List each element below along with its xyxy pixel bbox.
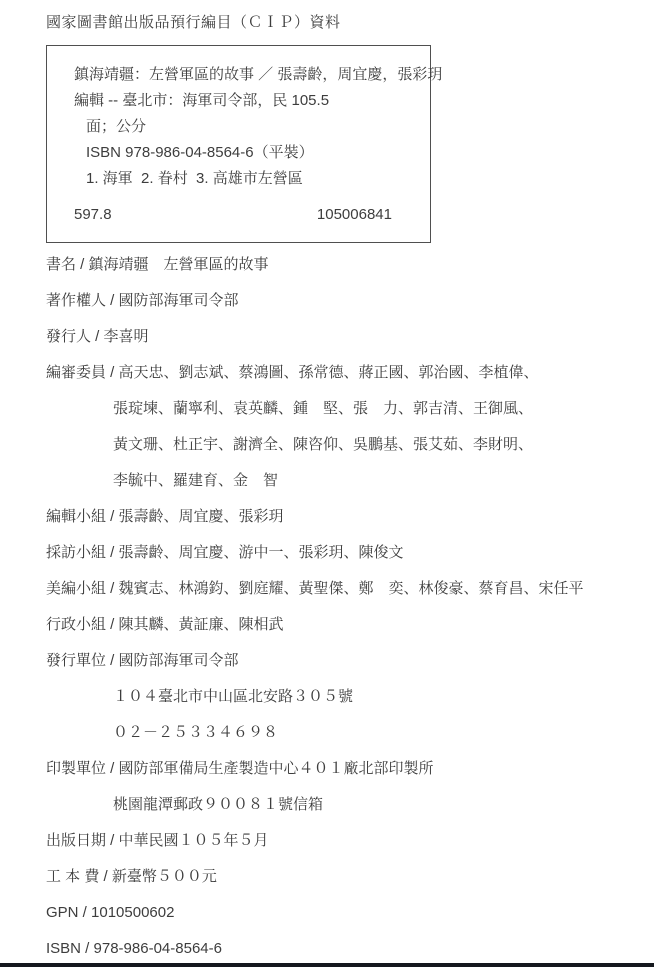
cip-line: 鎮海靖疆：左營軍區的故事 ／ 張壽齡，周宜慶，張彩玥 [74, 62, 412, 88]
cip-bottom-row: 597.8 105006841 [74, 202, 412, 228]
entry-continuation-line: 李毓中、羅建育、金 智 [46, 473, 630, 489]
entry-value: 李喜明 [104, 328, 149, 345]
entry-continuation-line: 黃文珊、杜正宇、謝濟全、陳咨仰、吳鵬基、張艾茹、李財明、 [46, 437, 630, 453]
entry-value: 978-986-04-8564-6 [94, 940, 222, 957]
entry-line: 工 本 費 / 新臺幣５００元 [46, 869, 630, 885]
entry-value: 國防部海軍司令部 [119, 292, 239, 309]
cip-line: 編輯 -- 臺北市：海軍司令部，民 105.5 [74, 88, 412, 114]
entry-line: 印製單位 / 國防部軍備局生產製造中心４０１廠北部印製所 [46, 761, 630, 777]
entry-line: 發行人 / 李喜明 [46, 329, 630, 345]
entry-value: 魏賓志、林鴻鈞、劉庭耀、黃聖傑、鄭 奕、林俊豪、蔡育昌、宋任平 [119, 580, 584, 597]
entry-value: 中華民國１０５年５月 [119, 832, 269, 849]
entry-value: 張壽齡、周宜慶、張彩玥 [119, 508, 284, 525]
entry-line: 採訪小組 / 張壽齡、周宜慶、游中一、張彩玥、陳俊文 [46, 545, 630, 561]
entry-continuation-line: 張琔堜、蘭寧利、袁英麟、鍾 堅、張 力、郭吉清、王御風、 [46, 401, 630, 417]
record-number: 105006841 [317, 202, 392, 228]
entry-label: 著作權人 [46, 292, 106, 309]
entry-label: 編輯小組 [46, 508, 106, 525]
entry-label: 印製單位 [46, 760, 106, 777]
entry-line: 出版日期 / 中華民國１０５年５月 [46, 833, 630, 849]
entry-line: 書名 / 鎮海靖疆 左營軍區的故事 [46, 257, 630, 273]
entry-label: GPN [46, 904, 79, 921]
entry-line: 編審委員 / 高天忠、劉志斌、蔡鴻圖、孫常德、蔣正國、郭治國、李植偉、 [46, 365, 630, 381]
entry-label: 行政小組 [46, 616, 106, 633]
page-bottom-edge [0, 963, 654, 967]
entry-value: 鎮海靖疆 左營軍區的故事 [89, 256, 269, 273]
entry-label: 編審委員 [46, 364, 106, 381]
entry-value: 高天忠、劉志斌、蔡鴻圖、孫常德、蔣正國、郭治國、李植偉、 [119, 364, 539, 381]
entry-label: 美編小組 [46, 580, 106, 597]
entry-value: 陳其麟、黃証廉、陳相武 [119, 616, 284, 633]
entry-continuation-line: １０４臺北市中山區北安路３０５號 [46, 689, 630, 705]
entry-label: 發行單位 [46, 652, 106, 669]
entry-value: 新臺幣５００元 [112, 868, 217, 885]
cip-line: ISBN 978-986-04-8564-6（平裝） [74, 140, 412, 166]
entry-label: 採訪小組 [46, 544, 106, 561]
entry-line: 行政小組 / 陳其麟、黃証廉、陳相武 [46, 617, 630, 633]
entry-value: 國防部軍備局生產製造中心４０１廠北部印製所 [119, 760, 434, 777]
entry-label: 書名 [46, 256, 76, 273]
entry-line: 著作權人 / 國防部海軍司令部 [46, 293, 630, 309]
entry-line: 美編小組 / 魏賓志、林鴻鈞、劉庭耀、黃聖傑、鄭 奕、林俊豪、蔡育昌、宋任平 [46, 581, 630, 597]
cip-line: 面；公分 [74, 114, 412, 140]
entry-continuation-line: 桃園龍潭郵政９００８１號信箱 [46, 797, 630, 813]
cip-record-box: 鎮海靖疆：左營軍區的故事 ／ 張壽齡，周宜慶，張彩玥編輯 -- 臺北市：海軍司令… [46, 45, 431, 243]
entry-line: ISBN / 978-986-04-8564-6 [46, 941, 630, 957]
entry-label: 發行人 [46, 328, 91, 345]
page-title: 國家圖書館出版品預行編目（ＣＩＰ）資料 [46, 14, 630, 31]
cip-lines: 鎮海靖疆：左營軍區的故事 ／ 張壽齡，周宜慶，張彩玥編輯 -- 臺北市：海軍司令… [74, 62, 412, 192]
entry-line: 發行單位 / 國防部海軍司令部 [46, 653, 630, 669]
entry-continuation-line: ０２－２５３３４６９８ [46, 725, 630, 741]
entry-line: GPN / 1010500602 [46, 905, 630, 921]
cip-line: 1. 海軍 2. 眷村 3. 高雄市左營區 [74, 166, 412, 192]
classification-number: 597.8 [74, 202, 112, 228]
entry-line: 編輯小組 / 張壽齡、周宜慶、張彩玥 [46, 509, 630, 525]
entry-value: 國防部海軍司令部 [119, 652, 239, 669]
entry-value: 張壽齡、周宜慶、游中一、張彩玥、陳俊文 [119, 544, 404, 561]
entry-label: 出版日期 [46, 832, 106, 849]
colophon-entries: 書名 / 鎮海靖疆 左營軍區的故事著作權人 / 國防部海軍司令部發行人 / 李喜… [46, 257, 630, 957]
entry-label: 工 本 費 [46, 868, 99, 885]
cip-colophon-page: 國家圖書館出版品預行編目（ＣＩＰ）資料 鎮海靖疆：左營軍區的故事 ／ 張壽齡，周… [0, 0, 654, 957]
entry-label: ISBN [46, 940, 81, 957]
entry-value: 1010500602 [91, 904, 174, 921]
